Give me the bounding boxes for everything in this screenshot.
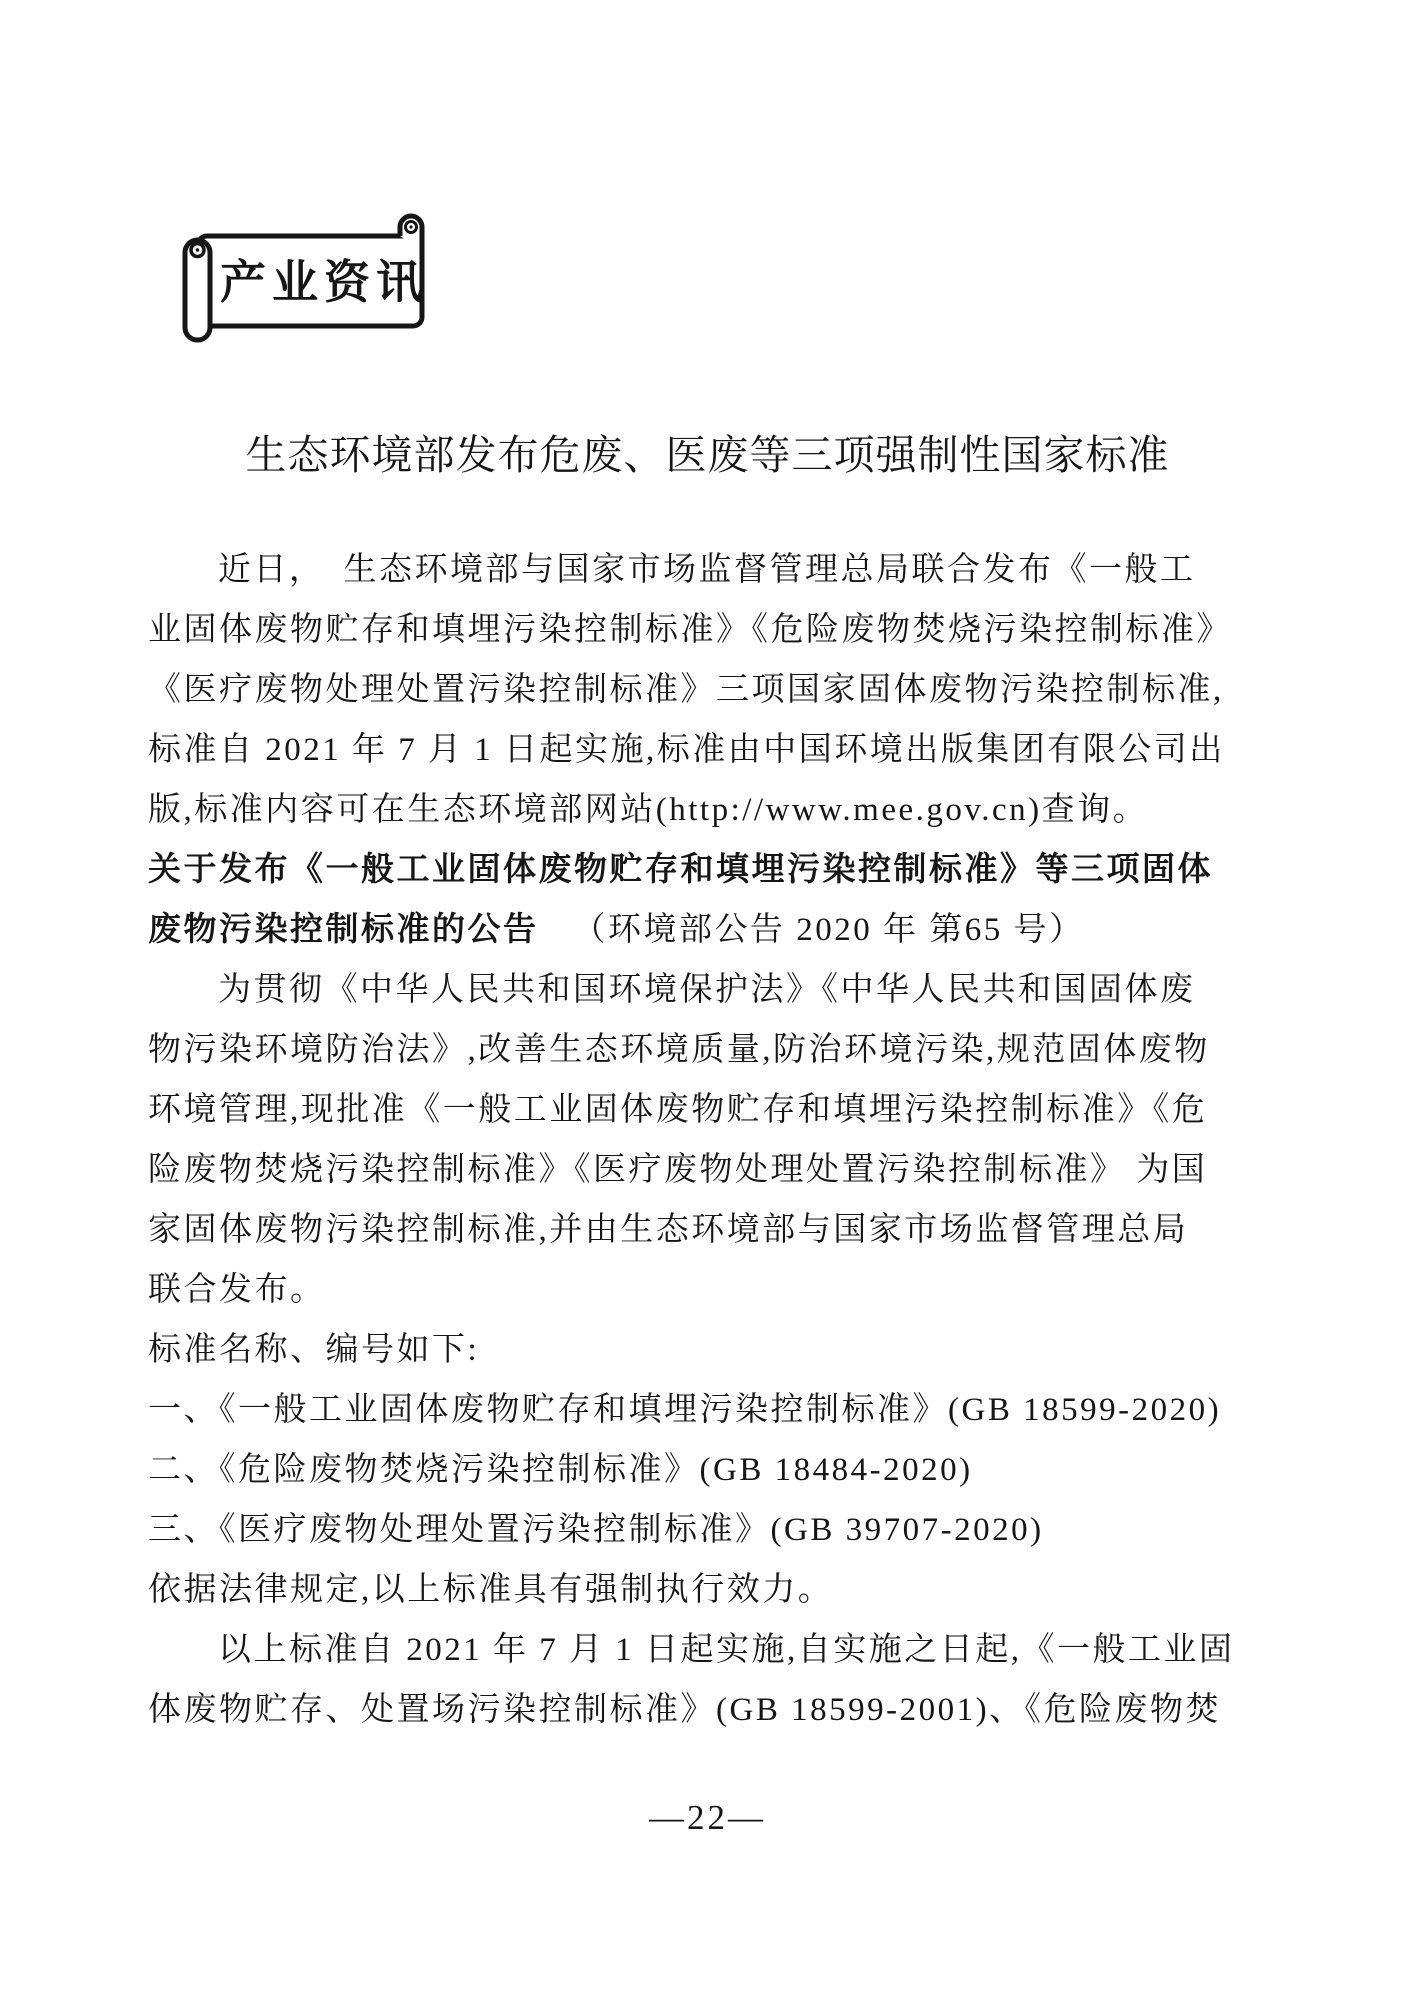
article-title: 生态环境部发布危废、医废等三项强制性国家标准	[0, 422, 1415, 481]
text-line: 体废物贮存、处置场污染控制标准》(GB 18599-2001)、《危险废物焚	[148, 1680, 1278, 1740]
text-segment: 一、《一般工业固体废物贮存和填埋污染控制标准》(GB 18599-2020)	[148, 1392, 1221, 1428]
page-number: —22—	[0, 1798, 1415, 1838]
document-page: 产业资讯 生态环境部发布危废、医废等三项强制性国家标准 近日， 生态环境部与国家…	[0, 0, 1415, 2000]
text-segment: 物污染环境防治法》,改善生态环境质量,防治环境污染,规范固体废物	[148, 1032, 1210, 1068]
text-line: 环境管理,现批准《一般工业固体废物贮存和填埋污染控制标准》《危	[148, 1080, 1278, 1140]
text-segment: 为贯彻《中华人民共和国环境保护法》《中华人民共和国固体废	[218, 972, 1196, 1008]
text-segment: 依据法律规定,以上标准具有强制执行效力。	[148, 1572, 833, 1608]
text-line: 联合发布。	[148, 1260, 1278, 1320]
text-segment: 业固体废物贮存和填埋污染控制标准》《危险废物焚烧污染控制标准》	[148, 612, 1232, 648]
text-segment: 三、《医疗废物处理处置污染控制标准》(GB 39707-2020)	[148, 1512, 1044, 1548]
text-line: 业固体废物贮存和填埋污染控制标准》《危险废物焚烧污染控制标准》	[148, 600, 1278, 660]
text-line: 废物污染控制标准的公告（环境部公告 2020 年 第65 号）	[148, 900, 1278, 960]
text-line: 标准自 2021 年 7 月 1 日起实施,标准由中国环境出版集团有限公司出	[148, 720, 1278, 780]
text-line: 依据法律规定,以上标准具有强制执行效力。	[148, 1560, 1278, 1620]
text-line: 三、《医疗废物处理处置污染控制标准》(GB 39707-2020)	[148, 1500, 1278, 1560]
text-segment: 《医疗废物处理处置污染控制标准》三项国家固体废物污染控制标准,	[148, 672, 1224, 708]
text-segment: 标准自 2021 年 7 月 1 日起实施,标准由中国环境出版集团有限公司出	[148, 732, 1225, 768]
text-line: 一、《一般工业固体废物贮存和填埋污染控制标准》(GB 18599-2020)	[148, 1380, 1278, 1440]
banner-label: 产业资讯	[220, 246, 424, 312]
industry-news-banner: 产业资讯	[168, 210, 440, 348]
text-line: 版,标准内容可在生态环境部网站(http://www.mee.gov.cn)查询…	[148, 780, 1278, 840]
text-segment: 版,标准内容可在生态环境部网站(http://www.mee.gov.cn)查询…	[148, 792, 1148, 828]
text-segment: 体废物贮存、处置场污染控制标准》(GB 18599-2001)、《危险废物焚	[148, 1692, 1221, 1728]
text-line: 以上标准自 2021 年 7 月 1 日起实施,自实施之日起,《一般工业固	[148, 1620, 1278, 1680]
text-line: 家固体废物污染控制标准,并由生态环境部与国家市场监督管理总局	[148, 1200, 1278, 1260]
text-line: 物污染环境防治法》,改善生态环境质量,防治环境污染,规范固体废物	[148, 1020, 1278, 1080]
text-segment: 近日， 生态环境部与国家市场监督管理总局联合发布《一般工	[218, 552, 1196, 588]
text-line: 《医疗废物处理处置污染控制标准》三项国家固体废物污染控制标准,	[148, 660, 1278, 720]
bold-text-segment: 关于发布《一般工业固体废物贮存和填埋污染控制标准》等三项固体	[148, 852, 1213, 888]
text-segment: 联合发布。	[148, 1272, 326, 1308]
text-segment: 以上标准自 2021 年 7 月 1 日起实施,自实施之日起,《一般工业固	[218, 1632, 1235, 1668]
text-segment: 家固体废物污染控制标准,并由生态环境部与国家市场监督管理总局	[148, 1212, 1188, 1248]
text-line: 近日， 生态环境部与国家市场监督管理总局联合发布《一般工	[148, 540, 1278, 600]
text-line: 关于发布《一般工业固体废物贮存和填埋污染控制标准》等三项固体	[148, 840, 1278, 900]
text-segment: 环境管理,现批准《一般工业固体废物贮存和填埋污染控制标准》《危	[148, 1092, 1207, 1128]
text-segment: 标准名称、编号如下:	[148, 1332, 479, 1368]
text-segment: 二、《危险废物焚烧污染控制标准》(GB 18484-2020)	[148, 1452, 973, 1488]
text-segment: 险废物焚烧污染控制标准》《医疗废物处理处置污染控制标准》 为国	[148, 1152, 1207, 1188]
text-line: 为贯彻《中华人民共和国环境保护法》《中华人民共和国固体废	[148, 960, 1278, 1020]
text-line: 二、《危险废物焚烧污染控制标准》(GB 18484-2020)	[148, 1440, 1278, 1500]
article-body: 近日， 生态环境部与国家市场监督管理总局联合发布《一般工业固体废物贮存和填埋污染…	[148, 540, 1278, 1740]
text-segment: （环境部公告 2020 年 第65 号）	[573, 912, 1085, 948]
bold-text-segment: 废物污染控制标准的公告	[148, 912, 539, 948]
text-line: 标准名称、编号如下:	[148, 1320, 1278, 1380]
text-line: 险废物焚烧污染控制标准》《医疗废物处理处置污染控制标准》 为国	[148, 1140, 1278, 1200]
